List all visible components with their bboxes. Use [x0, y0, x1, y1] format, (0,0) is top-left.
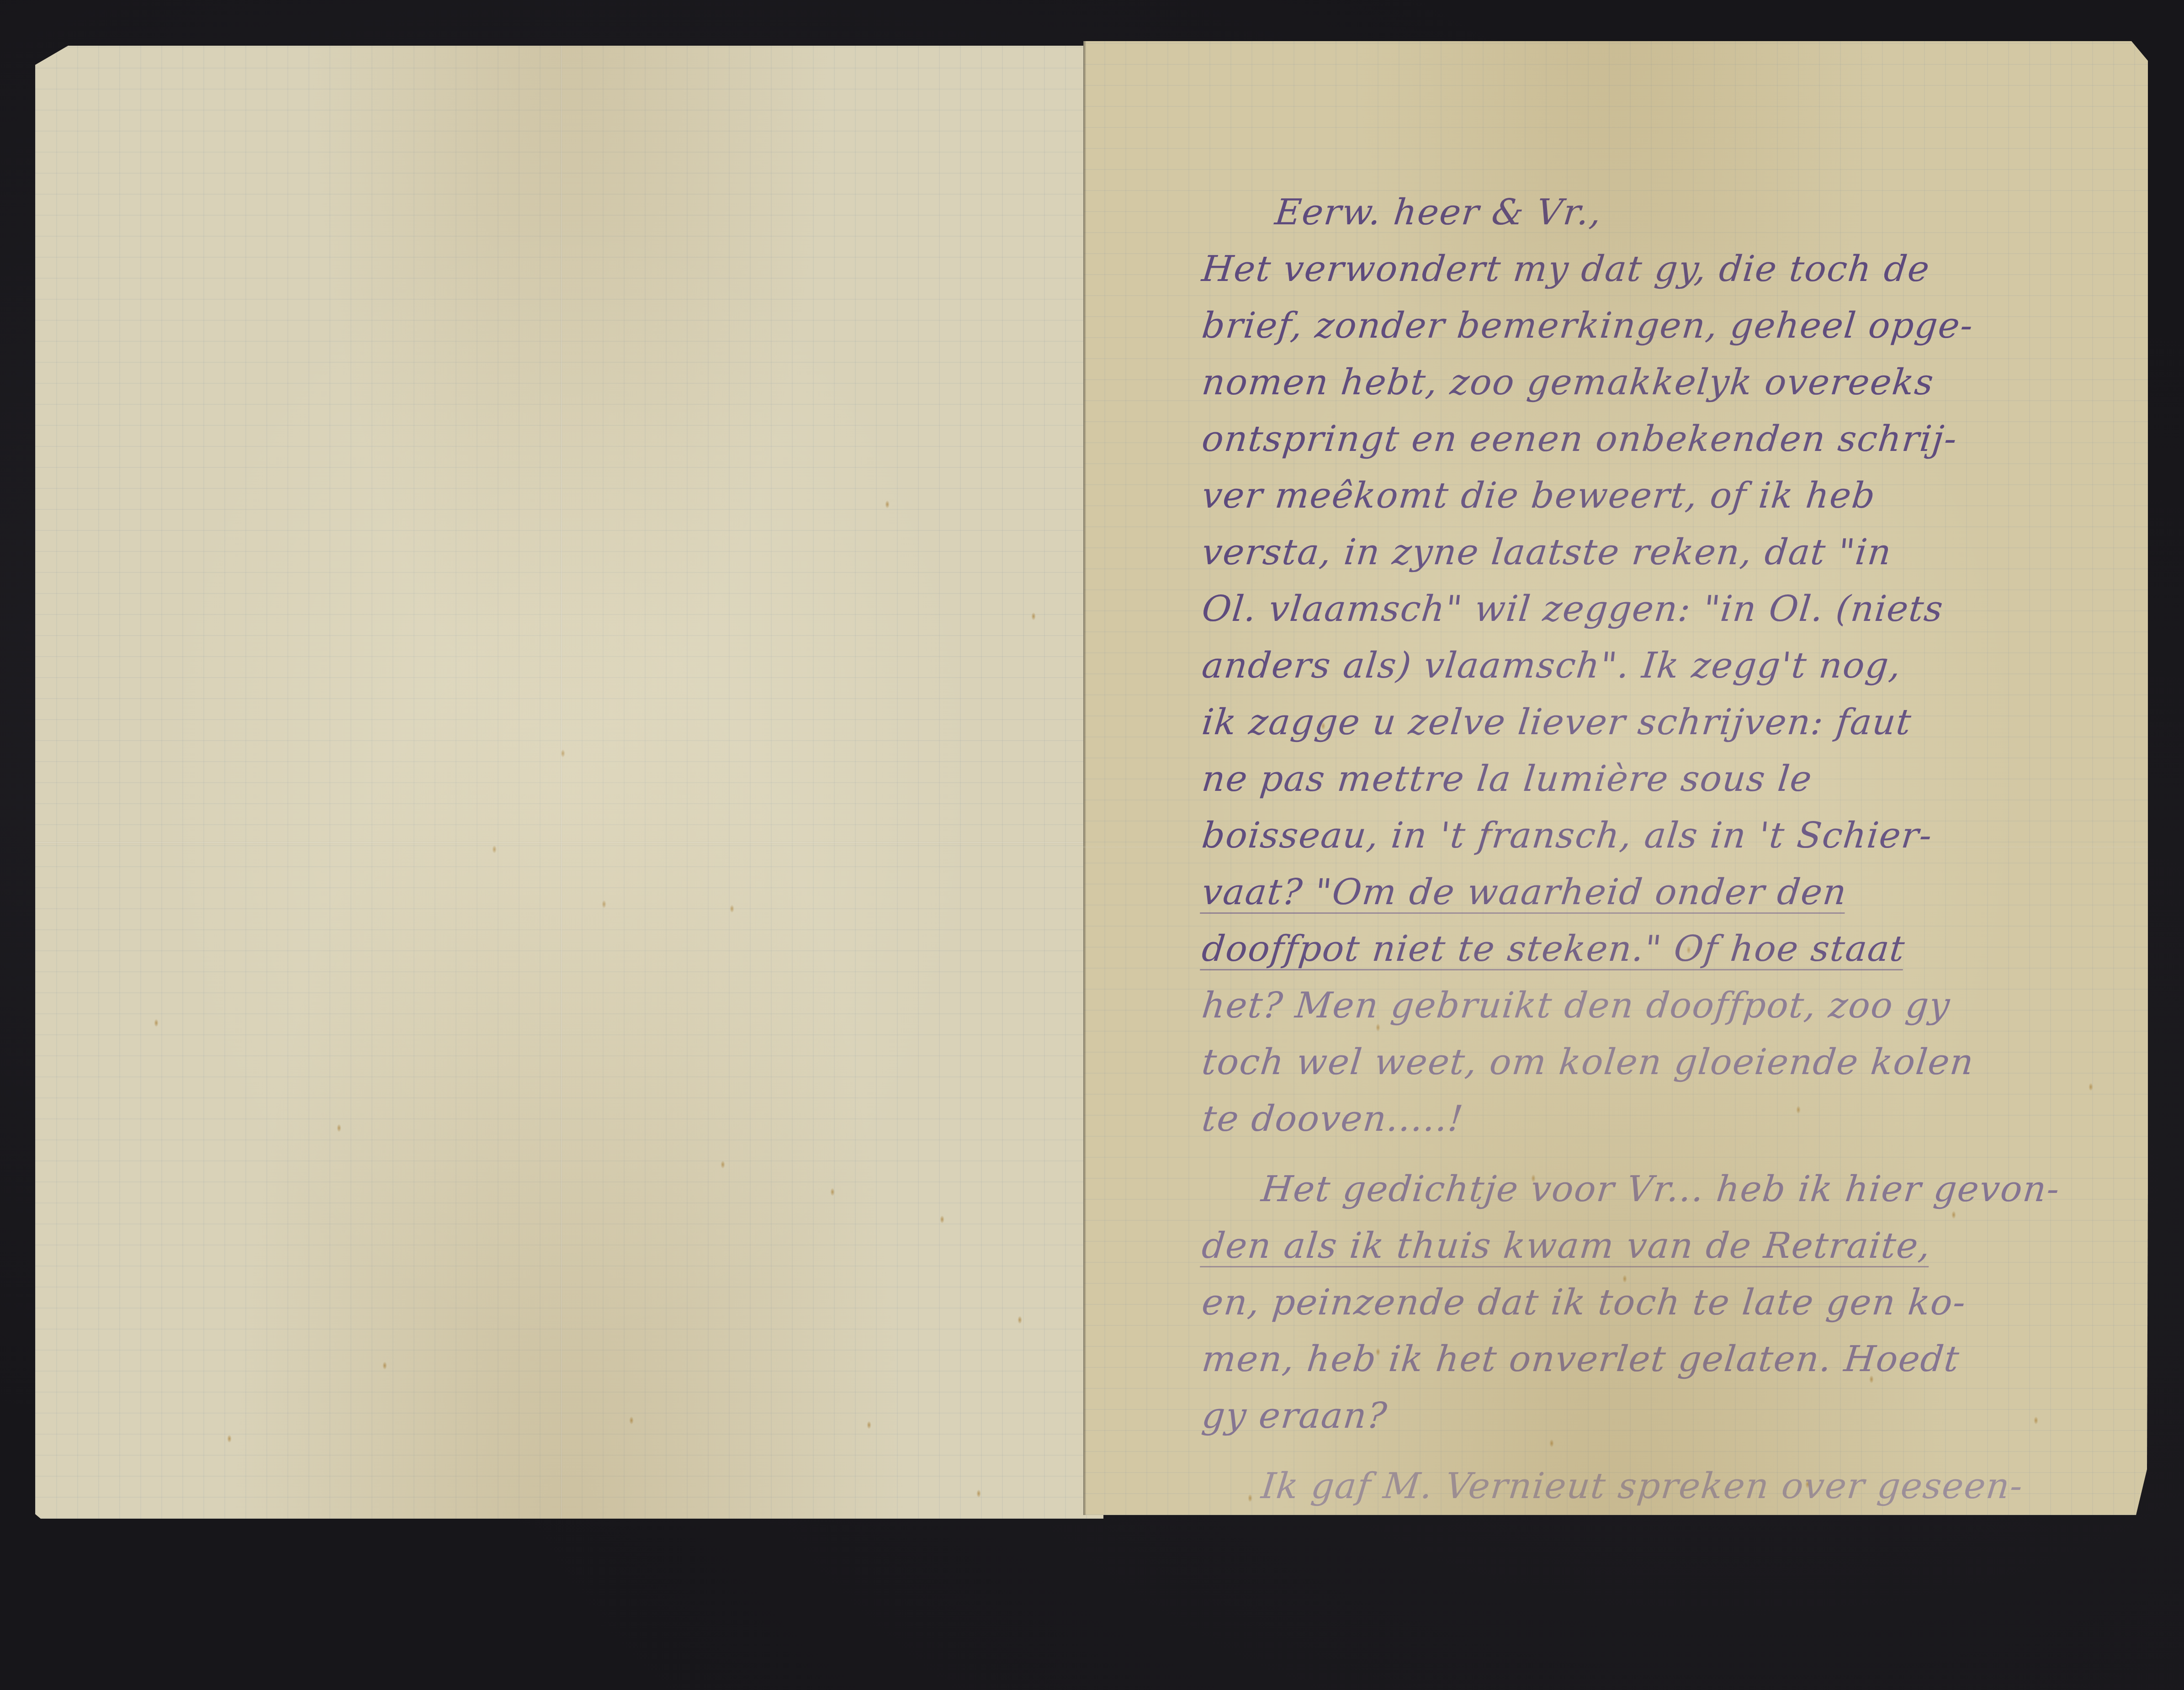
letter-line: ne pas mettre la lumière sous le	[1200, 758, 1814, 800]
spine-edge	[1083, 41, 1086, 1515]
letter-line: het? Men gebruikt den dooffpot, zoo gy	[1200, 985, 1952, 1026]
foxing-spot	[629, 1416, 634, 1425]
foxing-spot	[1796, 1106, 1801, 1114]
foxing-spot	[1549, 1439, 1554, 1447]
letter-line: en, peinzende dat ik toch te late gen ko…	[1200, 1282, 1968, 1323]
letter-line: te dooven.....!	[1200, 1098, 1465, 1139]
letter-line-underlined: vaat? "Om de waarheid onder den	[1200, 872, 1849, 913]
foxing-spot	[730, 905, 734, 913]
letter-line: boisseau, in 't fransch, als in 't Schie…	[1200, 815, 1935, 856]
foxing-spot	[2089, 1083, 2093, 1091]
horizontal-fold-crease	[35, 842, 1103, 843]
foxing-spot	[867, 1421, 871, 1429]
foxing-spot	[1018, 1316, 1022, 1324]
letter-sheet-left	[35, 46, 1103, 1519]
letter-line: ontspringt en eenen onbekenden schrij-	[1200, 419, 1959, 460]
vertical-fold-crease	[561, 46, 562, 1519]
letter-line: Het gedichtje voor Vr... heb ik hier gev…	[1259, 1169, 2062, 1210]
foxing-spot	[1248, 1494, 1252, 1502]
foxing-spot	[830, 1188, 835, 1196]
letter-line: Ol. vlaamsch" wil zeggen: "in Ol. (niets	[1200, 588, 1945, 630]
letter-line: versta, in zyne laatste reken, dat "in	[1200, 532, 1894, 573]
foxing-spot	[227, 1435, 232, 1443]
letter-line: men, heb ik het onverlet gelaten. Hoedt	[1200, 1339, 1961, 1380]
foxing-spot	[1951, 1211, 1956, 1219]
foxing-spot	[2034, 1416, 2038, 1425]
foxing-spot	[602, 900, 606, 908]
letter-line: Het verwondert my dat gy, die toch de	[1200, 249, 1932, 290]
foxing-spot	[382, 1362, 387, 1370]
letter-line-underlined: den als ik thuis kwam van de Retraite,	[1200, 1225, 1933, 1266]
foxing-spot	[337, 1124, 341, 1132]
foxing-spot	[492, 845, 497, 853]
foxing-spot	[721, 1160, 725, 1169]
salutation: Eerw. heer & Vr.,	[1273, 192, 1604, 233]
letter-line: brief, zonder bemerkingen, geheel opge-	[1200, 305, 1976, 346]
letter-line: toch wel weet, om kolen gloeiende kolen	[1200, 1042, 1976, 1083]
foxing-spot	[885, 500, 890, 509]
letter-line: gy eraan?	[1200, 1395, 1389, 1436]
letter-line: ver meêkomt die beweert, of ik heb	[1200, 475, 1878, 516]
foxing-spot	[1031, 612, 1036, 620]
letter-sheet-right: Eerw. heer & Vr., Het verwondert my dat …	[1083, 41, 2148, 1515]
letter-line: anders als) vlaamsch". Ik zegg't nog,	[1200, 645, 1903, 686]
foxing-spot	[940, 1215, 944, 1224]
foxing-spot	[976, 1489, 981, 1498]
letter-line-underlined: dooffpot niet te steken." Of hoe staat	[1200, 928, 1907, 969]
foxing-spot	[154, 1019, 159, 1027]
letter-line: Ik gaf M. Vernieut spreken over geseen-	[1259, 1466, 2025, 1507]
letter-line: nomen hebt, zoo gemakkelyk overeeks	[1200, 362, 1936, 403]
foxing-spot	[561, 749, 565, 758]
letter-line: ik zagge u zelve liever schrijven: faut	[1200, 702, 1914, 743]
